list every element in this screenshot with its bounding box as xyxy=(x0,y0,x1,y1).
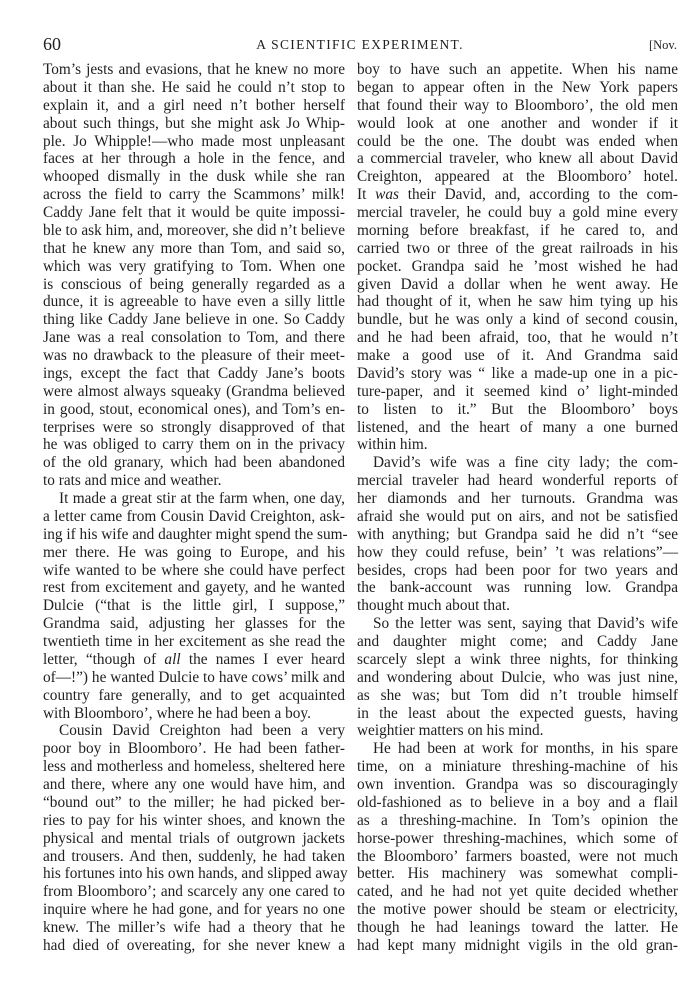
text-line: and there, where any one would have him,… xyxy=(43,776,345,794)
text-line: across the field to carry the Scammons’ … xyxy=(43,186,345,204)
text-line: a commercial traveler, who knew all abou… xyxy=(357,150,678,168)
text-line: better. His machinery was somewhat compl… xyxy=(357,865,678,883)
text-line: dunce, it is agreeable to have even a si… xyxy=(43,293,345,311)
text-line: time, on a miniature threshing-machine o… xyxy=(357,758,678,776)
text-line: listened, and the heart of many a one bu… xyxy=(357,419,678,437)
text-line: had kept many midnight vigils in the old… xyxy=(357,937,678,955)
text-line: faces at her through a hole in the fence… xyxy=(43,150,345,168)
text-line: how they could refuse, bein’ ’t was rela… xyxy=(357,544,678,562)
text-line: whooped dismally in the dusk while she r… xyxy=(43,168,345,186)
text-line: mer there. He was going to Europe, and h… xyxy=(43,544,345,562)
italic-emphasis: all xyxy=(164,651,180,668)
text-line: carried two or three of the great railro… xyxy=(357,240,678,258)
text-line: old-fashioned as to believe in a boy and… xyxy=(357,794,678,812)
text-line: Creighton, appeared at the Bloomboro’ ho… xyxy=(357,168,678,186)
text-line: to listen to it.” But the Bloomboro’ boy… xyxy=(357,401,678,419)
text-line: physical and mental trials of outgrown j… xyxy=(43,830,345,848)
right-column: boy to have such an appetite. When his n… xyxy=(357,61,678,955)
text-line: own invention. Grandpa was so discouragi… xyxy=(357,776,678,794)
text-line: boy to have such an appetite. When his n… xyxy=(357,61,678,79)
text-line: David’s story was “ like a made-up one i… xyxy=(357,365,678,383)
text-line: ble to ask him, and, moreover, she did n… xyxy=(43,222,345,240)
text-line: Dulcie (“that is the little girl, I supp… xyxy=(43,597,345,615)
text-line: Caddy Jane felt that it would be quite i… xyxy=(43,204,345,222)
text-line: could be the one. The doubt was ended wh… xyxy=(357,133,678,151)
text-segment: letter, “though of xyxy=(43,651,164,668)
text-line: about such things, but she might ask Jo … xyxy=(43,115,345,133)
text-line: with Bloomboro’, where he had been a boy… xyxy=(43,705,345,723)
text-line: about it than she. He said he could n’t … xyxy=(43,79,345,97)
text-line: within him. xyxy=(357,436,678,454)
text-line: her diamonds and her turnouts. Grandma w… xyxy=(357,490,678,508)
text-line: was no drawback to the pleasure of their… xyxy=(43,347,345,365)
text-line: of the old granary, which had been aband… xyxy=(43,454,345,472)
text-line: morning before breakfast, if he cared to… xyxy=(357,222,678,240)
text-line: which was very gratifying to Tom. When o… xyxy=(43,258,345,276)
text-line: to rats and mice and weather. xyxy=(43,472,345,490)
text-line: had thought of it, when he saw him tying… xyxy=(357,293,678,311)
text-line: rest from excitement and gayety, and he … xyxy=(43,579,345,597)
page-header: 60 A SCIENTIFIC EXPERIMENT. [Nov. xyxy=(43,33,677,55)
text-line: mercial traveler had heard wonderful rep… xyxy=(357,472,678,490)
text-line: Cousin David Creighton had been a very xyxy=(43,722,345,740)
text-line: the motive power should be steam or elec… xyxy=(357,901,678,919)
text-line: as she was; but Tom did n’t trouble hims… xyxy=(357,687,678,705)
text-line: letter, “though of all the names I ever … xyxy=(43,651,345,669)
text-line: besides, crops had been poor for two yea… xyxy=(357,562,678,580)
text-line: in good, stout, economical ones), and To… xyxy=(43,401,345,419)
text-line: weightier matters on his mind. xyxy=(357,722,678,740)
running-title: A SCIENTIFIC EXPERIMENT. xyxy=(43,35,677,55)
text-line: he was obliged to carry them on in the p… xyxy=(43,436,345,454)
text-line: It was their David, and, according to th… xyxy=(357,186,678,204)
text-line: knew. The miller’s wife had a theory tha… xyxy=(43,919,345,937)
text-line: though he had leanings toward the latter… xyxy=(357,919,678,937)
text-line: that found their way to Bloomboro’, the … xyxy=(357,97,678,115)
text-line: wife wanted to be where she could have p… xyxy=(43,562,345,580)
text-line: is conscious of being generally regarded… xyxy=(43,276,345,294)
text-line: twentieth time in her excitement as she … xyxy=(43,633,345,651)
text-line: Tom’s jests and evasions, that he knew n… xyxy=(43,61,345,79)
text-segment: the names I ever heard xyxy=(181,651,345,668)
text-line: explain it, and a girl need n’t bother h… xyxy=(43,97,345,115)
text-line: “bound out” to the miller; he had picked… xyxy=(43,794,345,812)
text-line: in the least about the expected guests, … xyxy=(357,705,678,723)
text-line: inquire where he had gone, and for years… xyxy=(43,901,345,919)
text-line: It made a great stir at the farm when, o… xyxy=(43,490,345,508)
text-line: Grandma said, adjusting her glasses for … xyxy=(43,615,345,633)
text-line: and wondering about Dulcie, who was just… xyxy=(357,669,678,687)
text-line: scarcely slept a wink three nights, for … xyxy=(357,651,678,669)
text-line: a letter came from Cousin David Creighto… xyxy=(43,508,345,526)
text-line: make a good use of it. And Grandma said xyxy=(357,347,678,365)
text-line: of—!”) he wanted Dulcie to have cows’ mi… xyxy=(43,669,345,687)
text-line: would look at one another and wonder if … xyxy=(357,115,678,133)
text-line: horse-power threshing-machines, which so… xyxy=(357,830,678,848)
text-segment: It xyxy=(357,186,375,203)
text-line: ries to pay for his winter shoes, and kn… xyxy=(43,812,345,830)
text-line: bundle, but he was only a kind of second… xyxy=(357,311,678,329)
text-line: country fare generally, and to get acqua… xyxy=(43,687,345,705)
issue-month: [Nov. xyxy=(649,35,677,55)
text-line: his fortunes into his own hands, and sli… xyxy=(43,865,345,883)
text-line: So the letter was sent, saying that Davi… xyxy=(357,615,678,633)
text-line: the bank-account was running low. Grandp… xyxy=(357,579,678,597)
text-line: the Bloomboro’ farmers boasted, were not… xyxy=(357,848,678,866)
text-line: ings, except the fact that Caddy Jane’s … xyxy=(43,365,345,383)
left-column: Tom’s jests and evasions, that he knew n… xyxy=(43,61,345,955)
text-line: as a threshing-machine. In Tom’s opinion… xyxy=(357,812,678,830)
text-line: poor boy in Bloomboro’. He had been fath… xyxy=(43,740,345,758)
text-line: thing like Caddy Jane believe in one. So… xyxy=(43,311,345,329)
text-line: with anything; but Grandpa said he did n… xyxy=(357,526,678,544)
text-line: ple. Jo Whipple!—who made most unpleasan… xyxy=(43,133,345,151)
text-line: Jane was a real consolation to Tom, and … xyxy=(43,329,345,347)
text-line: and he had been afraid, too, that he wou… xyxy=(357,329,678,347)
text-line: less and motherless and homeless, shelte… xyxy=(43,758,345,776)
text-line: were almost always squeaky (Grandma beli… xyxy=(43,383,345,401)
text-line: given David a dollar when he went away. … xyxy=(357,276,678,294)
text-line: had died of overeating, for she never kn… xyxy=(43,937,345,955)
text-line: mercial traveler, he could buy a gold mi… xyxy=(357,204,678,222)
text-segment: their David, and, according to the com- xyxy=(399,186,678,203)
text-line: that he knew any more than Tom, and said… xyxy=(43,240,345,258)
text-line: David’s wife was a fine city lady; the c… xyxy=(357,454,678,472)
text-line: terprises were so strongly disapproved o… xyxy=(43,419,345,437)
italic-emphasis: was xyxy=(375,186,399,203)
text-line: began to appear often in the New York pa… xyxy=(357,79,678,97)
text-line: afraid she would put on airs, and not be… xyxy=(357,508,678,526)
text-line: and trousers. And then, suddenly, he had… xyxy=(43,848,345,866)
text-line: He had been at work for months, in his s… xyxy=(357,740,678,758)
text-line: ing if his wife and daughter might spend… xyxy=(43,526,345,544)
text-line: pocket. Grandpa said he ’most wished he … xyxy=(357,258,678,276)
text-line: cated, and he had not yet quite decided … xyxy=(357,883,678,901)
text-line: and daughter might come; and Caddy Jane xyxy=(357,633,678,651)
text-line: from Bloomboro’; and scarcely any one ca… xyxy=(43,883,345,901)
text-line: ture-paper, and it seemed kind o’ light-… xyxy=(357,383,678,401)
text-line: thought much about that. xyxy=(357,597,678,615)
